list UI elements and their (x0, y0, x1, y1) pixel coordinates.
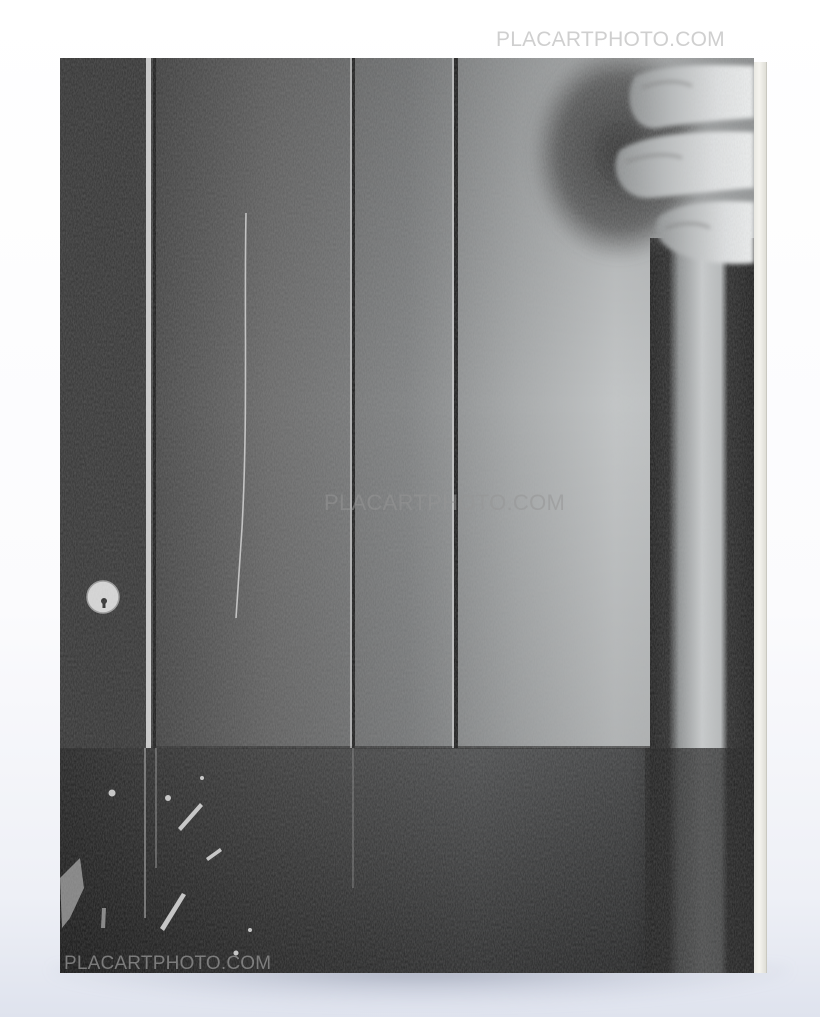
book-spine (754, 62, 767, 973)
watermark-bottom: PLACARTPHOTO.COM (64, 953, 271, 973)
book: PLACARTPHOTO.COM PLACARTPHOTO.COM (60, 58, 767, 973)
book-cover: PLACARTPHOTO.COM PLACARTPHOTO.COM (60, 58, 754, 973)
watermark-middle: PLACARTPHOTO.COM (324, 490, 565, 516)
watermark-top: PLACARTPHOTO.COM (496, 28, 725, 52)
